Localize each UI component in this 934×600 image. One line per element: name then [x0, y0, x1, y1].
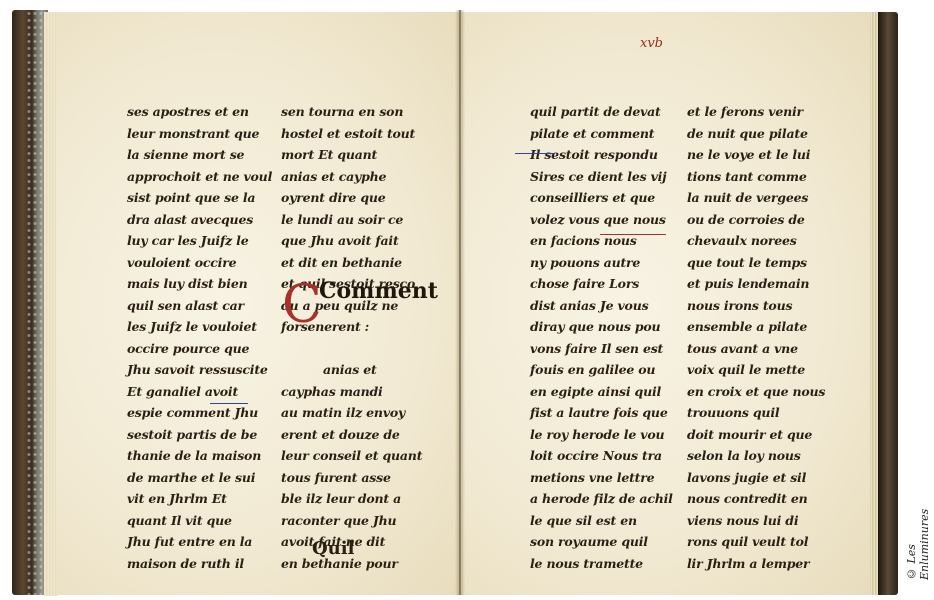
text-line: vit en Jhrlm Et: [127, 488, 272, 510]
left-page-column-1: ses apostres et en leur monstrant que la…: [127, 101, 272, 574]
text-line: thanie de la maison: [127, 445, 272, 467]
text-line: Et ganaliel avoit: [127, 381, 272, 403]
text-line: fist a lautre fois que: [530, 402, 673, 424]
text-line: la sienne mort se: [127, 144, 272, 166]
text-line: pilate et comment: [530, 123, 673, 145]
text-line: quant Il vit que: [127, 510, 272, 532]
text-line: le que sil est en: [530, 510, 673, 532]
text-line: que Jhu avoit fait: [281, 230, 422, 252]
book-gutter: [455, 10, 465, 595]
text-line: cayphas mandi: [281, 381, 422, 403]
text-line: vouloient occire: [127, 252, 272, 274]
text-line: selon la loy nous: [687, 445, 825, 467]
text-line: viens nous lui di: [687, 510, 825, 532]
text-line: et dit en bethanie: [281, 252, 422, 274]
text-line: et le ferons venir: [687, 101, 825, 123]
copyright-watermark: © Les Enluminures: [905, 470, 925, 580]
text-line: le lundi au soir ce: [281, 209, 422, 231]
text-line: ne le voye et le lui: [687, 144, 825, 166]
text-line: sist point que se la: [127, 187, 272, 209]
catchword: Quil: [312, 538, 354, 559]
text-line: Jhu savoit ressuscite: [127, 359, 272, 381]
text-line: Sires ce dient les vij: [530, 166, 673, 188]
text-line: sen tourna en son: [281, 101, 422, 123]
rubric-heading: Comment: [319, 278, 438, 304]
text-line: vons faire Il sen est: [530, 338, 673, 360]
text-line: le nous tramette: [530, 553, 673, 575]
text-line: quil sen alast car: [127, 295, 272, 317]
right-page-column-1: quil partit de devat pilate et comment I…: [530, 101, 673, 574]
text-line: luy car les Juifz le: [127, 230, 272, 252]
text-line: de nuit que pilate: [687, 123, 825, 145]
text-line: la nuit de vergees: [687, 187, 825, 209]
text-line: dist anias Je vous: [530, 295, 673, 317]
text-line: tions tant comme: [687, 166, 825, 188]
text-line: quil partit de devat: [530, 101, 673, 123]
text-line: nous contredit en: [687, 488, 825, 510]
text-line: fouis en galilee ou: [530, 359, 673, 381]
text-line: en egipte ainsi quil: [530, 381, 673, 403]
text-line: mais luy dist bien: [127, 273, 272, 295]
text-line: lavons jugie et sil: [687, 467, 825, 489]
text-line: en croix et que nous: [687, 381, 825, 403]
right-page-column-2: et le ferons venir de nuit que pilate ne…: [687, 101, 825, 574]
text-line: conseilliers et que: [530, 187, 673, 209]
text-line: hostel et estoit tout: [281, 123, 422, 145]
folio-number: xvb: [640, 36, 663, 51]
text-line: tous avant a vne: [687, 338, 825, 360]
text-line: Il sestoit respondu: [530, 144, 673, 166]
text-line: nous irons tous: [687, 295, 825, 317]
text-line: oyrent dire que: [281, 187, 422, 209]
text-line: dra alast avecques: [127, 209, 272, 231]
text-line: de marthe et le sui: [127, 467, 272, 489]
text-line: lir Jhrlm a lemper: [687, 553, 825, 575]
text-line: metions vne lettre: [530, 467, 673, 489]
red-paragraph-rule: [600, 234, 666, 235]
text-line: trouuons quil: [687, 402, 825, 424]
text-line: erent et douze de: [281, 424, 422, 446]
text-line: et puis lendemain: [687, 273, 825, 295]
text-line: au matin ilz envoy: [281, 402, 422, 424]
left-page-column-2: sen tourna en son hostel et estoit tout …: [281, 101, 422, 574]
text-line: chevaulx norees: [687, 230, 825, 252]
text-line: maison de ruth il: [127, 553, 272, 575]
open-manuscript-book: xvb ses apostres et en leur monstrant qu…: [0, 0, 934, 600]
text-line: le roy herode le vou: [530, 424, 673, 446]
text-line: ou de corroies de: [687, 209, 825, 231]
blue-paragraph-rule: [210, 403, 248, 404]
text-line: sestoit partis de be: [127, 424, 272, 446]
left-cover-edge: [12, 10, 48, 595]
text-line: les Juifz le vouloiet: [127, 316, 272, 338]
text-line: [281, 338, 422, 360]
text-line: volez vous que nous: [530, 209, 673, 231]
text-line: ses apostres et en: [127, 101, 272, 123]
text-line: leur conseil et quant: [281, 445, 422, 467]
text-line: tous furent asse: [281, 467, 422, 489]
text-line: raconter que Jhu: [281, 510, 422, 532]
text-line: doit mourir et que: [687, 424, 825, 446]
right-cover-edge: [878, 12, 898, 595]
text-line: diray que nous pou: [530, 316, 673, 338]
text-line: que tout le temps: [687, 252, 825, 274]
text-line: ble ilz leur dont a: [281, 488, 422, 510]
text-line: voix quil le mette: [687, 359, 825, 381]
text-line: occire pource que: [127, 338, 272, 360]
text-line: rons quil veult tol: [687, 531, 825, 553]
text-line: a herode filz de achil: [530, 488, 673, 510]
text-line: anias et cayphe: [281, 166, 422, 188]
text-line: approchoit et ne voul: [127, 166, 272, 188]
text-line: loit occire Nous tra: [530, 445, 673, 467]
text-line: son royaume quil: [530, 531, 673, 553]
text-line: chose faire Lors: [530, 273, 673, 295]
text-line: espie comment Jhu: [127, 402, 272, 424]
text-line: ensemble a pilate: [687, 316, 825, 338]
text-line: Jhu fut entre en la: [127, 531, 272, 553]
text-line: leur monstrant que: [127, 123, 272, 145]
text-line: anias et: [281, 359, 422, 381]
text-line: mort Et quant: [281, 144, 422, 166]
blue-paragraph-rule: [515, 153, 555, 154]
text-line: ny pouons autre: [530, 252, 673, 274]
